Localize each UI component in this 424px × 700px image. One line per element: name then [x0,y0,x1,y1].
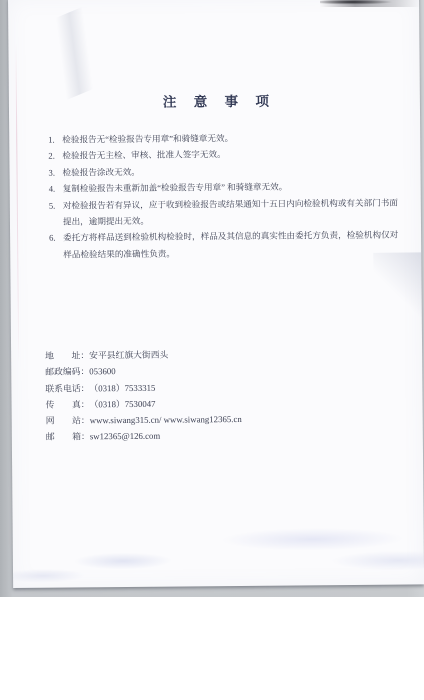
item-number: 1. [48,132,62,149]
notice-item-6: 6. 委托方将样品送到检验机构检验时，样品及其信息的真实性由委托方负责，检验机构… [49,227,401,263]
contact-row-phone: 联系电话： （0318）7533315 [45,379,241,397]
contact-row-email: 邮 箱： sw12365@126.com [46,427,242,445]
notice-item-5: 5. 对检验报告若有异议，应于收到检验报告或结果通知十五日内向检验机构或有关部门… [49,194,401,230]
document-page: 注 意 事 项 1. 检验报告无“检验报告专用章”和骑缝章无效。 2. 检验报告… [8,0,424,588]
item-text: 对检验报告若有异议，应于收到检验报告或结果通知十五日内向检验机构或有关部门书面提… [63,194,401,230]
contact-row-address: 地 址： 安平县红旗大街西头 [45,346,241,364]
contact-value: （0318）7530047 [89,396,155,413]
notice-list: 1. 检验报告无“检验报告专用章”和骑缝章无效。 2. 检验报告无主检、审核、批… [48,129,401,263]
contact-label: 网 站： [46,412,90,429]
contact-label: 地 址： [45,347,89,364]
contact-label: 邮政编码： [45,364,89,381]
scan-artifact-fold-corner [373,252,422,326]
item-text: 委托方将样品送到检验机构检验时，样品及其信息的真实性由委托方负责，检验机构仅对样… [63,227,401,263]
contact-row-postcode: 邮政编码： 053600 [45,362,241,380]
contact-label: 联系电话： [45,380,89,397]
contact-value: 053600 [89,363,116,380]
item-number: 6. [49,230,63,263]
contact-value: （0318）7533315 [89,379,155,396]
contact-value: 安平县红旗大街西头 [89,347,168,364]
scanned-document: 注 意 事 项 1. 检验报告无“检验报告专用章”和骑缝章无效。 2. 检验报告… [0,0,424,700]
page-title: 注 意 事 项 [9,88,420,112]
screenshot-root: { "document": { "title": "注 意 事 项", "ite… [0,0,424,700]
contact-block: 地 址： 安平县红旗大街西头 邮政编码： 053600 联系电话： （0318）… [45,346,242,445]
scan-artifact-bottom-smudges [13,510,424,584]
contact-value: www.siwang315.cn/ www.siwang12365.cn [90,411,242,429]
item-number: 2. [48,148,62,165]
contact-value: sw12365@126.com [90,428,161,445]
contact-label: 传 真： [45,396,89,413]
contact-row-website: 网 站： www.siwang315.cn/ www.siwang12365.c… [46,411,242,429]
contact-label: 邮 箱： [46,429,90,446]
item-number: 3. [48,164,62,181]
item-number: 4. [49,181,63,198]
contact-row-fax: 传 真： （0318）7530047 [45,395,241,413]
item-number: 5. [49,197,63,230]
